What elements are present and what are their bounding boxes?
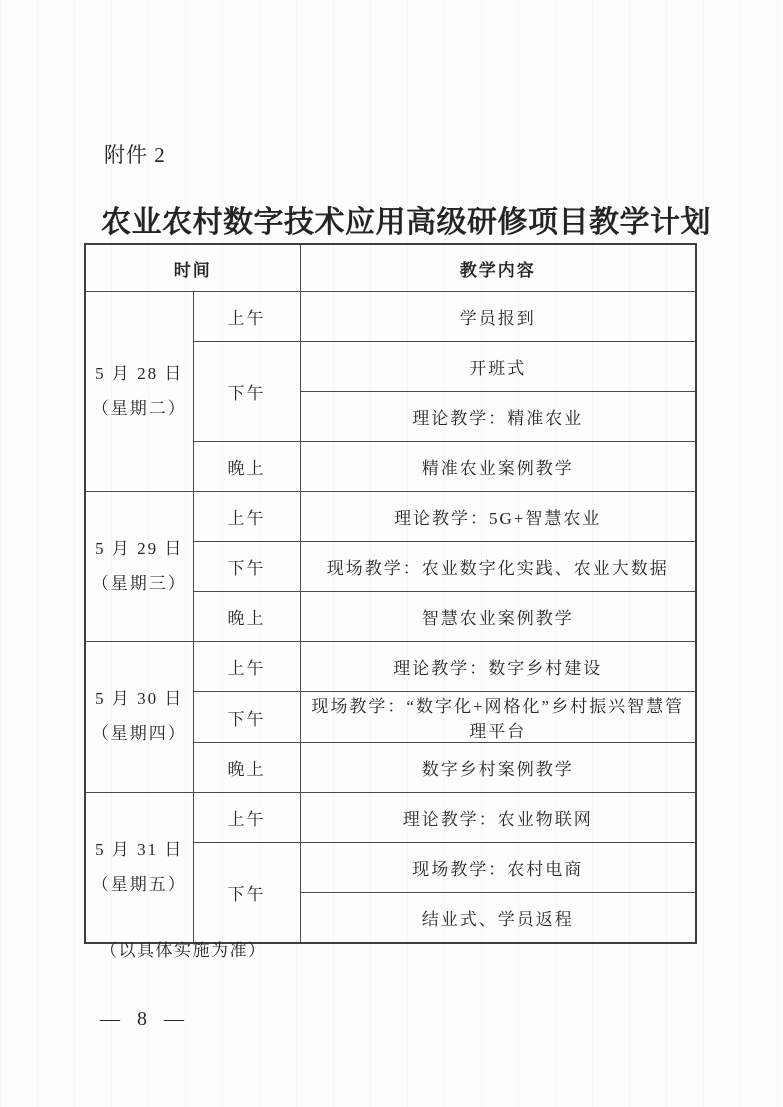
weekday-text: （星期三） bbox=[90, 567, 189, 602]
date-text: 5 月 30 日 bbox=[90, 682, 189, 717]
teaching-schedule-table: 时间 教学内容 5 月 28 日 （星期二） 上午 学员报到 下午 开班式 理论… bbox=[84, 243, 697, 944]
table-row: 5 月 31 日 （星期五） 上午 理论教学：农业物联网 bbox=[85, 793, 696, 843]
period-cell: 上午 bbox=[193, 642, 300, 692]
table-row: 5 月 29 日 （星期三） 上午 理论教学：5G+智慧农业 bbox=[85, 492, 696, 542]
content-cell: 理论教学：农业物联网 bbox=[300, 793, 696, 843]
content-cell: 现场教学：农业数字化实践、农业大数据 bbox=[300, 542, 696, 592]
content-cell: 结业式、学员返程 bbox=[300, 893, 696, 944]
content-cell: 智慧农业案例教学 bbox=[300, 592, 696, 642]
date-cell-day4: 5 月 31 日 （星期五） bbox=[85, 793, 193, 944]
period-cell: 晚上 bbox=[193, 743, 300, 793]
content-cell: 现场教学：“数字化+网格化”乡村振兴智慧管理平台 bbox=[300, 692, 696, 743]
attachment-label: 附件 2 bbox=[104, 139, 166, 169]
period-cell: 晚上 bbox=[193, 442, 300, 492]
page-number: — 8 — bbox=[100, 1008, 190, 1031]
period-cell: 晚上 bbox=[193, 592, 300, 642]
document-title: 农业农村数字技术应用高级研修项目教学计划 bbox=[101, 197, 711, 241]
period-cell: 下午 bbox=[193, 342, 300, 442]
header-cell-content: 教学内容 bbox=[300, 244, 696, 292]
date-text: 5 月 31 日 bbox=[90, 833, 189, 868]
weekday-text: （星期四） bbox=[90, 717, 189, 752]
scanned-document-page: { "page": { "attachment_label": "附件 2", … bbox=[0, 0, 783, 1107]
content-cell: 理论教学：5G+智慧农业 bbox=[300, 492, 696, 542]
date-cell-day3: 5 月 30 日 （星期四） bbox=[85, 642, 193, 793]
content-cell: 理论教学：精准农业 bbox=[300, 392, 696, 442]
content-cell: 开班式 bbox=[300, 342, 696, 392]
weekday-text: （星期二） bbox=[90, 392, 189, 427]
period-cell: 下午 bbox=[193, 843, 300, 944]
date-cell-day1: 5 月 28 日 （星期二） bbox=[85, 292, 193, 492]
date-text: 5 月 28 日 bbox=[90, 357, 189, 392]
weekday-text: （星期五） bbox=[90, 868, 189, 903]
period-cell: 下午 bbox=[193, 692, 300, 743]
content-cell: 学员报到 bbox=[300, 292, 696, 342]
content-cell: 精准农业案例教学 bbox=[300, 442, 696, 492]
period-cell: 下午 bbox=[193, 542, 300, 592]
content-cell: 数字乡村案例教学 bbox=[300, 743, 696, 793]
period-cell: 上午 bbox=[193, 292, 300, 342]
content-cell: 现场教学：农村电商 bbox=[300, 843, 696, 893]
table-row: 5 月 30 日 （星期四） 上午 理论教学：数字乡村建设 bbox=[85, 642, 696, 692]
date-text: 5 月 29 日 bbox=[90, 532, 189, 567]
date-cell-day2: 5 月 29 日 （星期三） bbox=[85, 492, 193, 642]
table-row: 5 月 28 日 （星期二） 上午 学员报到 bbox=[85, 292, 696, 342]
period-cell: 上午 bbox=[193, 492, 300, 542]
content-cell: 理论教学：数字乡村建设 bbox=[300, 642, 696, 692]
header-cell-time: 时间 bbox=[85, 244, 300, 292]
table-header-row: 时间 教学内容 bbox=[85, 244, 696, 292]
implementation-note: （以具体实施为准） bbox=[100, 936, 267, 961]
period-cell: 上午 bbox=[193, 793, 300, 843]
